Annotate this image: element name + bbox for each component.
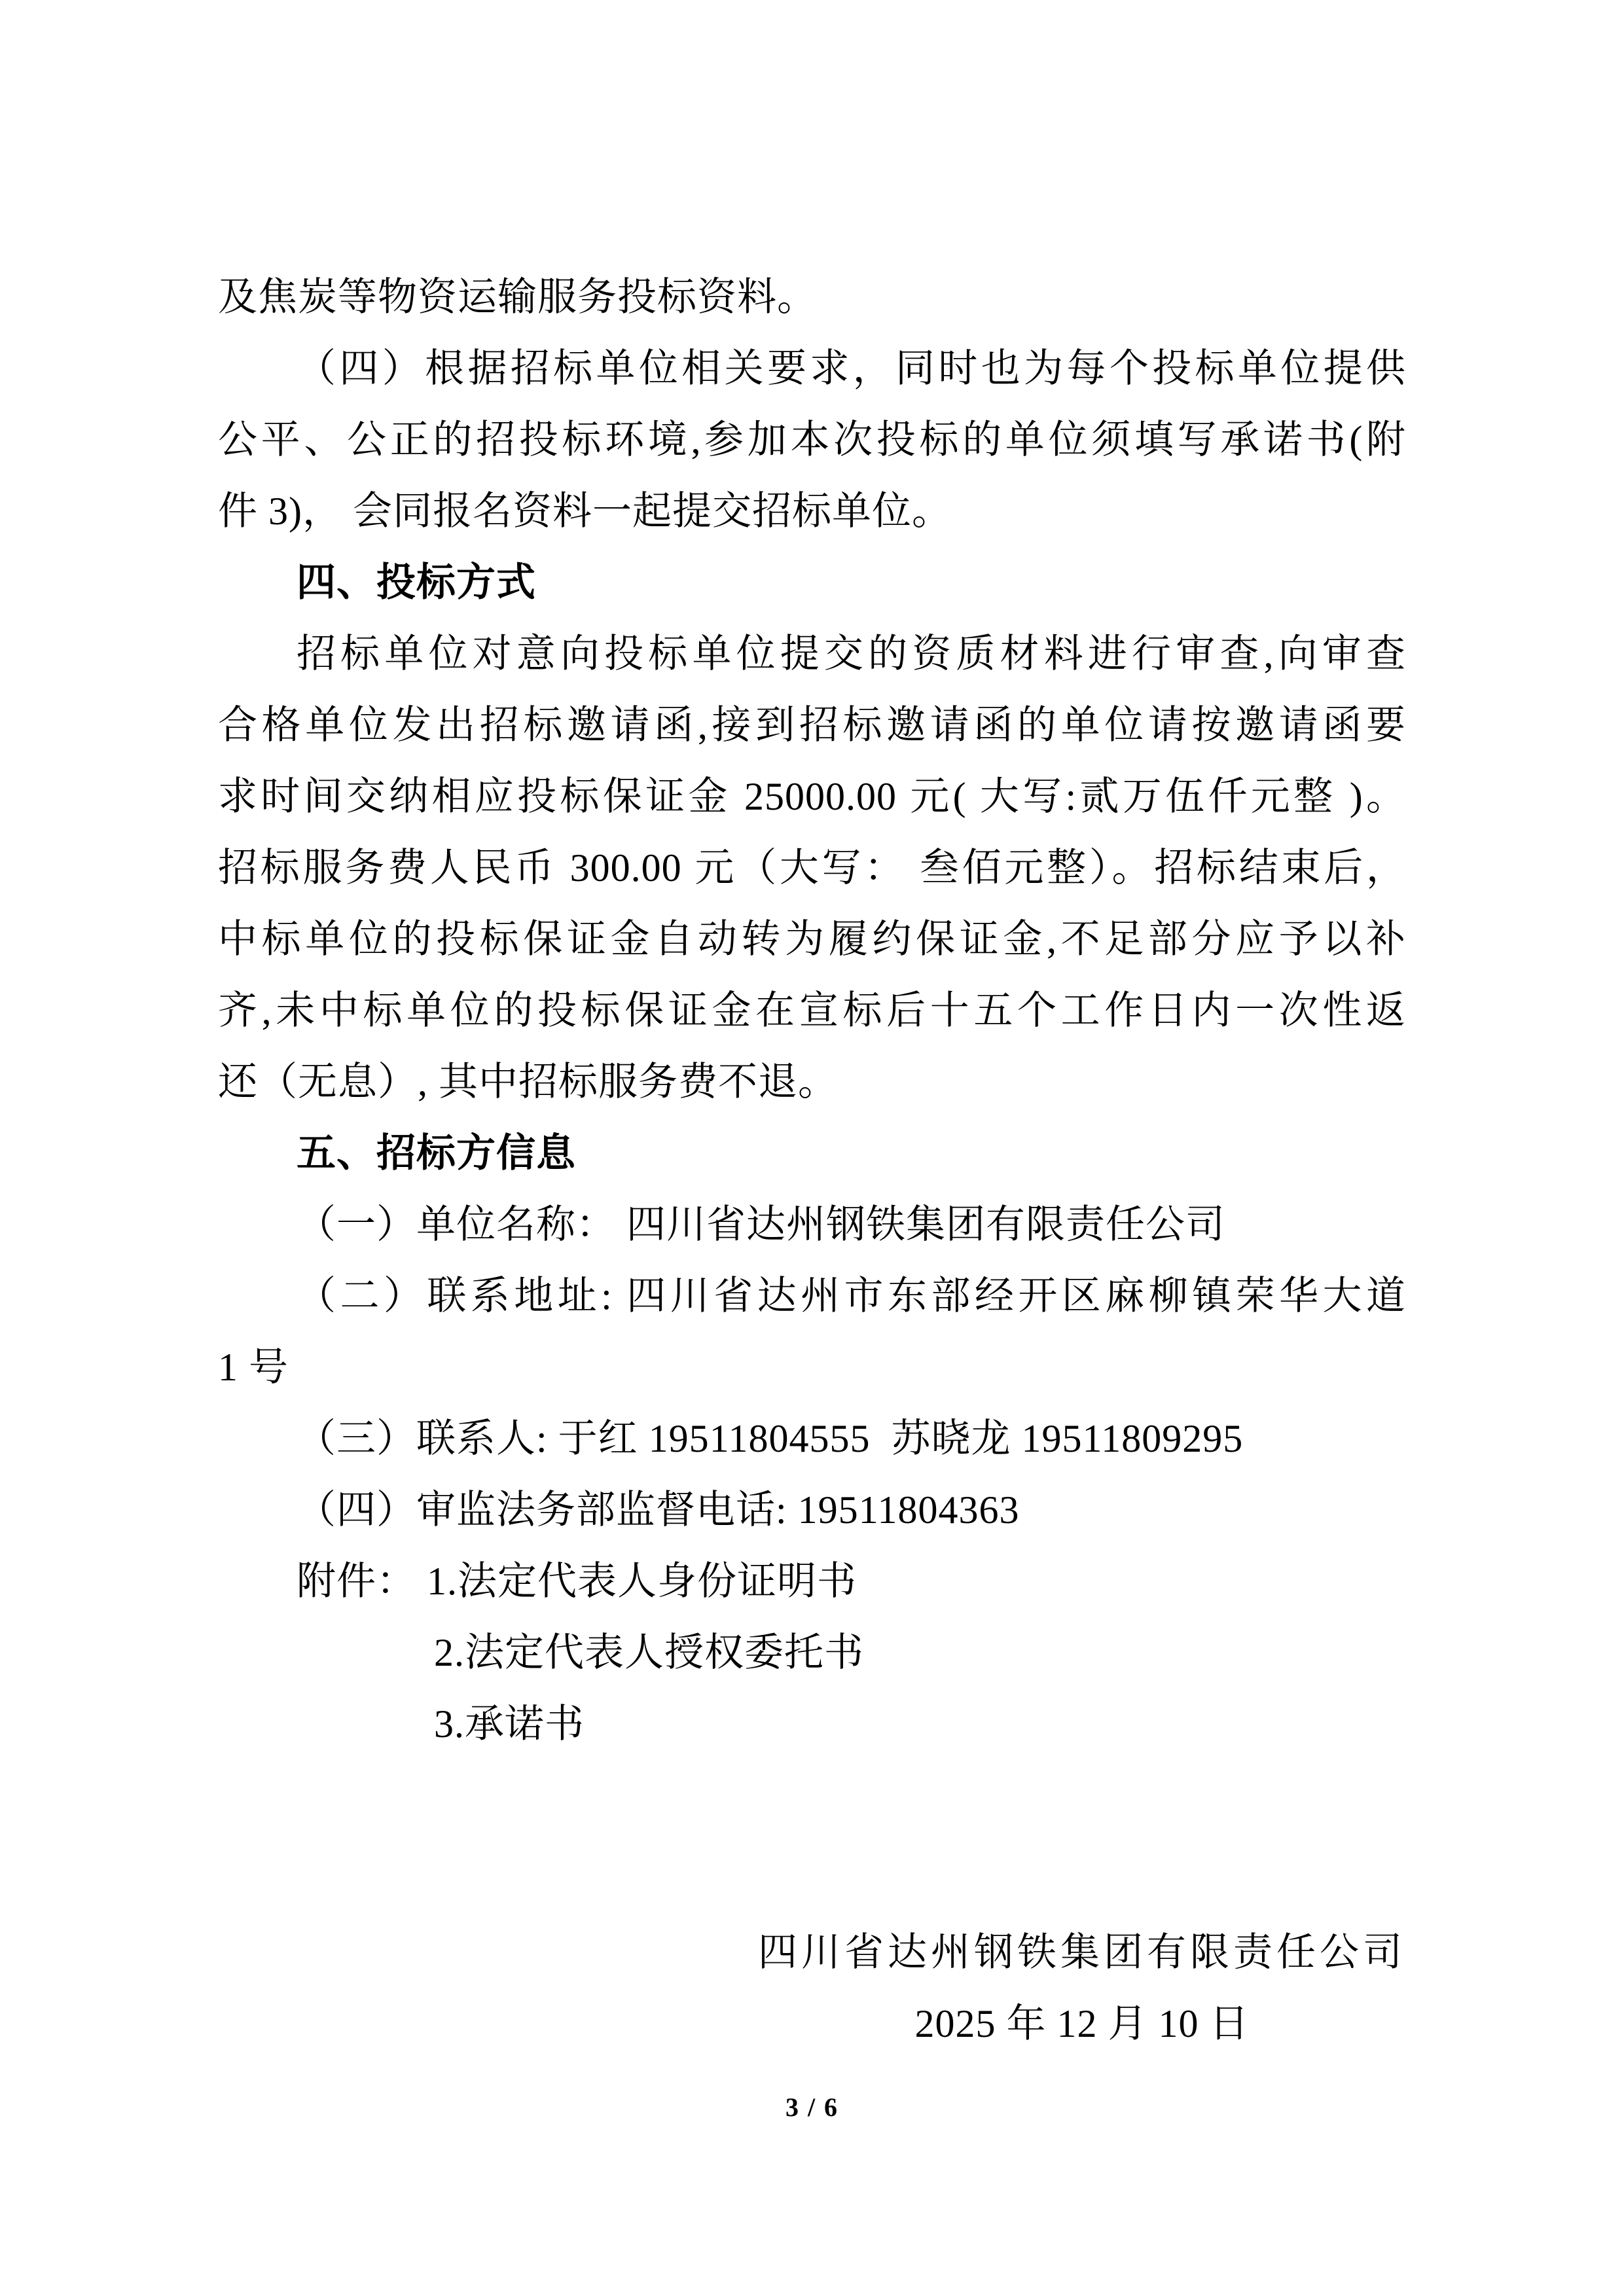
paragraph-line: 齐,未中标单位的投标保证金在宣标后十五个工作日内一次性返 bbox=[218, 975, 1406, 1047]
paragraph-line: 合格单位发出招标邀请函,接到招标邀请函的单位请按邀请函要 bbox=[218, 690, 1406, 761]
paragraph-line: 招标服务费人民币 300.00 元（大写： 叁佰元整）。招标结束后， bbox=[218, 833, 1406, 904]
document-page: 及焦炭等物资运输服务投标资料。 （四）根据招标单位相关要求，同时也为每个投标单位… bbox=[0, 0, 1624, 2296]
section-heading-tenderer-info: 五、招标方信息 bbox=[218, 1118, 1406, 1189]
contact-person-line: （三）联系人: 于红 19511804555 苏晓龙 19511809295 bbox=[218, 1403, 1406, 1475]
paragraph-line: 及焦炭等物资运输服务投标资料。 bbox=[218, 262, 1406, 333]
tenderer-address-line: 1 号 bbox=[218, 1332, 1406, 1403]
page-number: 3 / 6 bbox=[0, 2092, 1624, 2123]
signature-company: 四川省达州钢铁集团有限责任公司 bbox=[758, 1917, 1406, 1988]
paragraph-line: 求时间交纳相应投标保证金 25000.00 元( 大写:贰万伍仟元整 )。 bbox=[218, 761, 1406, 833]
paragraph-line: 公平、公正的招投标环境,参加本次投标的单位须填写承诺书(附 bbox=[218, 404, 1406, 476]
paragraph-line: （四）根据招标单位相关要求，同时也为每个投标单位提供 bbox=[218, 333, 1406, 404]
paragraph-line: 招标单位对意向投标单位提交的资质材料进行审查,向审查 bbox=[218, 619, 1406, 690]
signature-date: 2025 年 12 月 10 日 bbox=[758, 1988, 1406, 2060]
attachment-line: 3.承诺书 bbox=[218, 1689, 1406, 1760]
paragraph-line: 还（无息）, 其中招标服务费不退。 bbox=[218, 1047, 1406, 1118]
signature-block: 四川省达州钢铁集团有限责任公司 2025 年 12 月 10 日 bbox=[758, 1917, 1406, 2060]
document-body: 及焦炭等物资运输服务投标资料。 （四）根据招标单位相关要求，同时也为每个投标单位… bbox=[218, 262, 1406, 2060]
paragraph-line: 件 3)， 会同报名资料一起提交招标单位。 bbox=[218, 476, 1406, 547]
tenderer-name-line: （一）单位名称： 四川省达州钢铁集团有限责任公司 bbox=[218, 1189, 1406, 1261]
attachment-line: 2.法定代表人授权委托书 bbox=[218, 1617, 1406, 1689]
paragraph-line: 中标单位的投标保证金自动转为履约保证金,不足部分应予以补 bbox=[218, 904, 1406, 975]
attachment-line: 附件： 1.法定代表人身份证明书 bbox=[218, 1546, 1406, 1617]
supervision-phone-line: （四）审监法务部监督电话: 19511804363 bbox=[218, 1475, 1406, 1546]
tenderer-address-line: （二）联系地址: 四川省达州市东部经开区麻柳镇荣华大道 bbox=[218, 1261, 1406, 1332]
section-heading-bidding-method: 四、投标方式 bbox=[218, 547, 1406, 619]
